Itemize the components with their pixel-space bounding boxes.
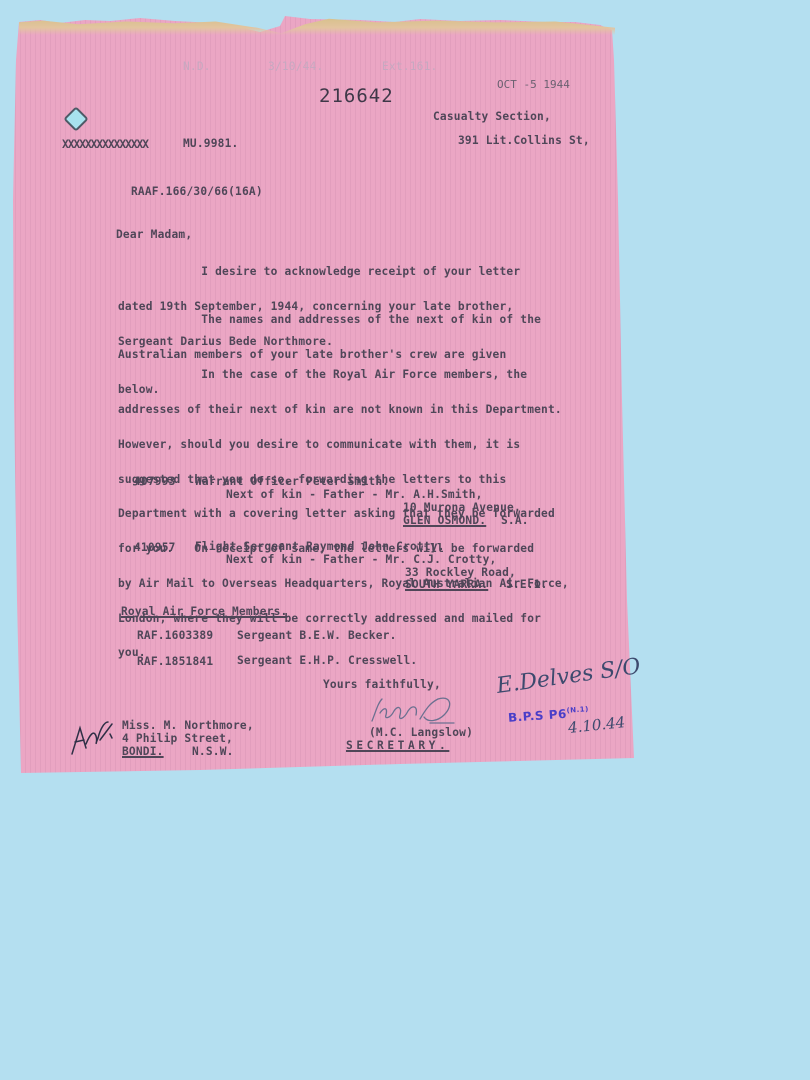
next-of-kin: Next of kin - Father - Mr. C.J. Crotty,: [226, 554, 496, 566]
paragraph-line: However, should you desire to communicat…: [118, 439, 569, 451]
paragraph-line: The names and addresses of the next of k…: [118, 314, 541, 326]
signatory-name: (M.C. Langslow): [369, 727, 473, 739]
kin-state: S.A.: [501, 515, 529, 527]
service-number: 410957: [134, 542, 176, 554]
recipient-street: 4 Philip Street,: [122, 733, 233, 745]
raf-heading: Royal Air Force Members.: [121, 606, 287, 618]
faint-mark-2: 3/10/44.: [268, 61, 323, 73]
received-date-stamp: OCT -5 1944: [497, 79, 570, 91]
raf-member-name: Sergeant B.E.W. Becker.: [237, 630, 397, 642]
faint-mark-3: Ext.161.: [382, 61, 437, 73]
recipient-name: Miss. M. Northmore,: [122, 720, 254, 732]
section-name: Casualty Section,: [433, 111, 551, 123]
file-number: 216642: [319, 90, 394, 102]
paragraph-line: by Air Mail to Overseas Headquarters, Ro…: [118, 578, 569, 590]
raf-service-number: RAF.1603389: [137, 630, 213, 642]
signatory-title: SECRETARY.: [346, 740, 449, 752]
paragraph-line: addresses of their next of kin are not k…: [118, 404, 569, 416]
next-of-kin: Next of kin - Father - Mr. A.H.Smith,: [226, 489, 483, 501]
raf-member-name: Sergeant E.H.P. Cresswell.: [237, 655, 417, 667]
service-number: 407993: [134, 476, 176, 488]
kin-suburb: SOUTH YARRA.: [405, 579, 488, 591]
kin-street: 10 Murona Avenue,: [403, 502, 521, 514]
crew-rank-name: Flight Sergeant Raymond John Crotty.: [195, 541, 445, 553]
salutation: Dear Madam,: [116, 229, 192, 241]
initials-icon: [70, 718, 114, 758]
faint-mark-1: N.D.: [183, 61, 211, 73]
signature-icon: [368, 693, 463, 729]
recipient-state: N.S.W.: [192, 746, 234, 758]
raf-service-number: RAF.1851841: [137, 656, 213, 668]
recipient-suburb: BONDI.: [122, 746, 164, 758]
kin-state: S.E.1.: [506, 579, 548, 591]
raaf-reference: RAAF.166/30/66(16A): [131, 186, 263, 198]
paragraph-line: I desire to acknowledge receipt of your …: [118, 266, 520, 278]
closing: Yours faithfully,: [323, 679, 441, 691]
office-address: 391 Lit.Collins St,: [458, 135, 590, 147]
kin-suburb: GLEN OSMOND.: [403, 515, 486, 527]
struck-out-text: XXXXXXXXXXXXXXX: [62, 139, 148, 151]
crew-rank-name: Warrant Officer Peter Smith.: [195, 476, 389, 488]
paragraph-line: In the case of the Royal Air Force membe…: [118, 369, 569, 381]
blue-stamp-suffix: (N.1): [566, 705, 589, 715]
reference-code: MU.9981.: [183, 138, 238, 150]
